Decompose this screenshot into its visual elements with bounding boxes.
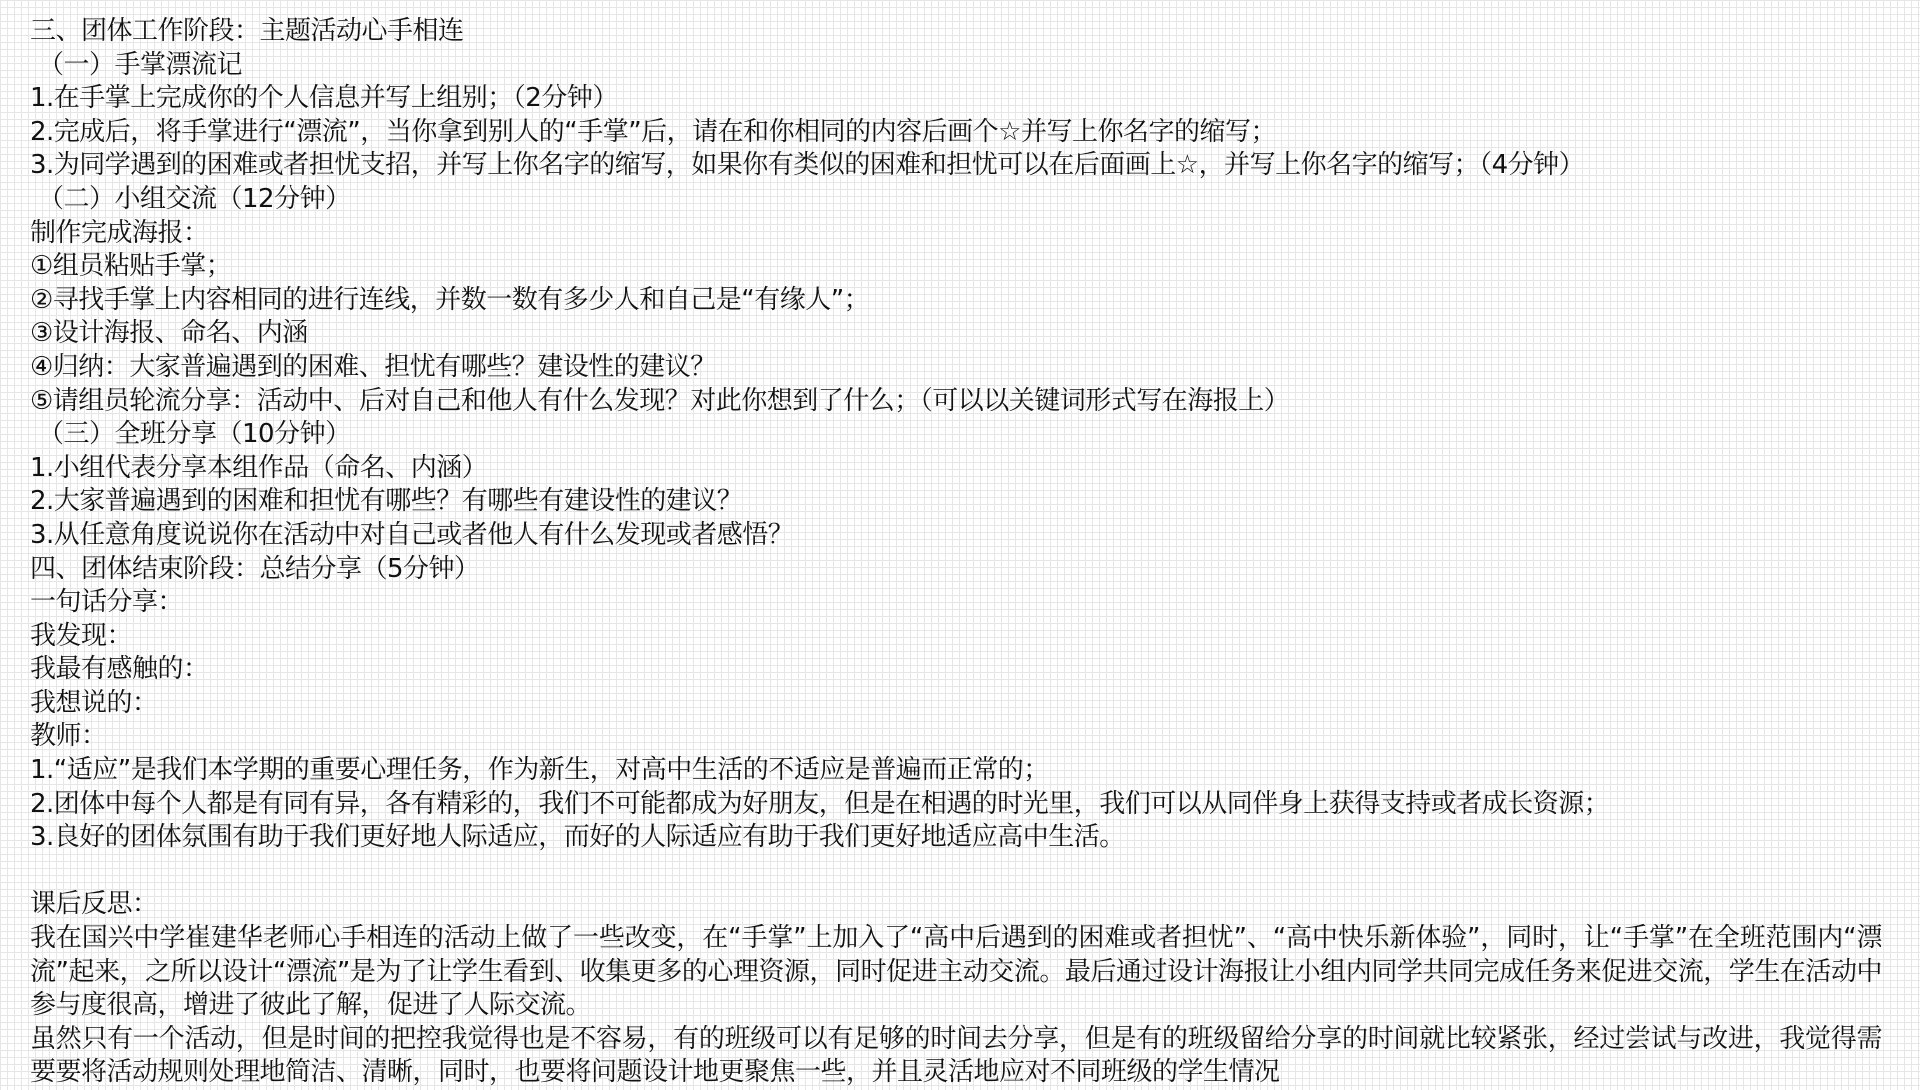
part2-step-3: ③设计海报、命名、内涵 [30,317,1882,351]
reflection-paragraph-1: 我在国兴中学崔建华老师心手相连的活动上做了一些改变，在“手掌”上加入了“高中后遇… [30,922,1882,1023]
spacer [30,855,1882,889]
part3-step-1: 1.小组代表分享本组作品（命名、内涵） [30,452,1882,486]
prompt-want-to-say: 我想说的： [30,687,1882,721]
part3-step-2: 2.大家普遍遇到的困难和担忧有哪些？有哪些有建设性的建议？ [30,485,1882,519]
teacher-label: 教师： [30,720,1882,754]
section3-heading: 三、团体工作阶段：主题活动心手相连 [30,15,1882,49]
part2-step-4: ④归纳：大家普遍遇到的困难、担忧有哪些？建设性的建议？ [30,351,1882,385]
teacher-point-2: 2.团体中每个人都是有同有异，各有精彩的，我们不可能都成为好朋友，但是在相遇的时… [30,788,1882,822]
teacher-point-3: 3.良好的团体氛围有助于我们更好地人际适应，而好的人际适应有助于我们更好地适应高… [30,821,1882,855]
part1-step-2: 2.完成后，将手掌进行“漂流”，当你拿到别人的“手掌”后，请在和你相同的内容后画… [30,116,1882,150]
prompt-discover: 我发现： [30,620,1882,654]
part2-title: （二）小组交流（12分钟） [30,183,1882,217]
part3-step-3: 3.从任意角度说说你在活动中对自己或者他人有什么发现或者感悟？ [30,519,1882,553]
teacher-point-1: 1.“适应”是我们本学期的重要心理任务，作为新生，对高中生活的不适应是普遍而正常… [30,754,1882,788]
prompt-touched: 我最有感触的： [30,653,1882,687]
document-body: 三、团体工作阶段：主题活动心手相连 （一）手掌漂流记 1.在手掌上完成你的个人信… [30,15,1882,1080]
part2-step-5: ⑤请组员轮流分享：活动中、后对自己和他人有什么发现？对此你想到了什么；（可以以关… [30,385,1882,419]
reflection-heading: 课后反思： [30,888,1882,922]
part2-step-2: ②寻找手掌上内容相同的进行连线，并数一数有多少人和自己是“有缘人”； [30,284,1882,318]
part3-title: （三）全班分享（10分钟） [30,418,1882,452]
part2-intro: 制作完成海报： [30,217,1882,251]
section4-heading: 四、团体结束阶段：总结分享（5分钟） [30,553,1882,587]
reflection-paragraph-2: 虽然只有一个活动，但是时间的把控我觉得也是不容易，有的班级可以有足够的时间去分享… [30,1023,1882,1080]
part1-step-1: 1.在手掌上完成你的个人信息并写上组别；（2分钟） [30,82,1882,116]
part1-step-3: 3.为同学遇到的困难或者担忧支招，并写上你名字的缩写，如果你有类似的困难和担忧可… [30,149,1882,183]
share-label: 一句话分享： [30,586,1882,620]
part2-step-1: ①组员粘贴手掌； [30,250,1882,284]
part1-title: （一）手掌漂流记 [30,49,1882,83]
